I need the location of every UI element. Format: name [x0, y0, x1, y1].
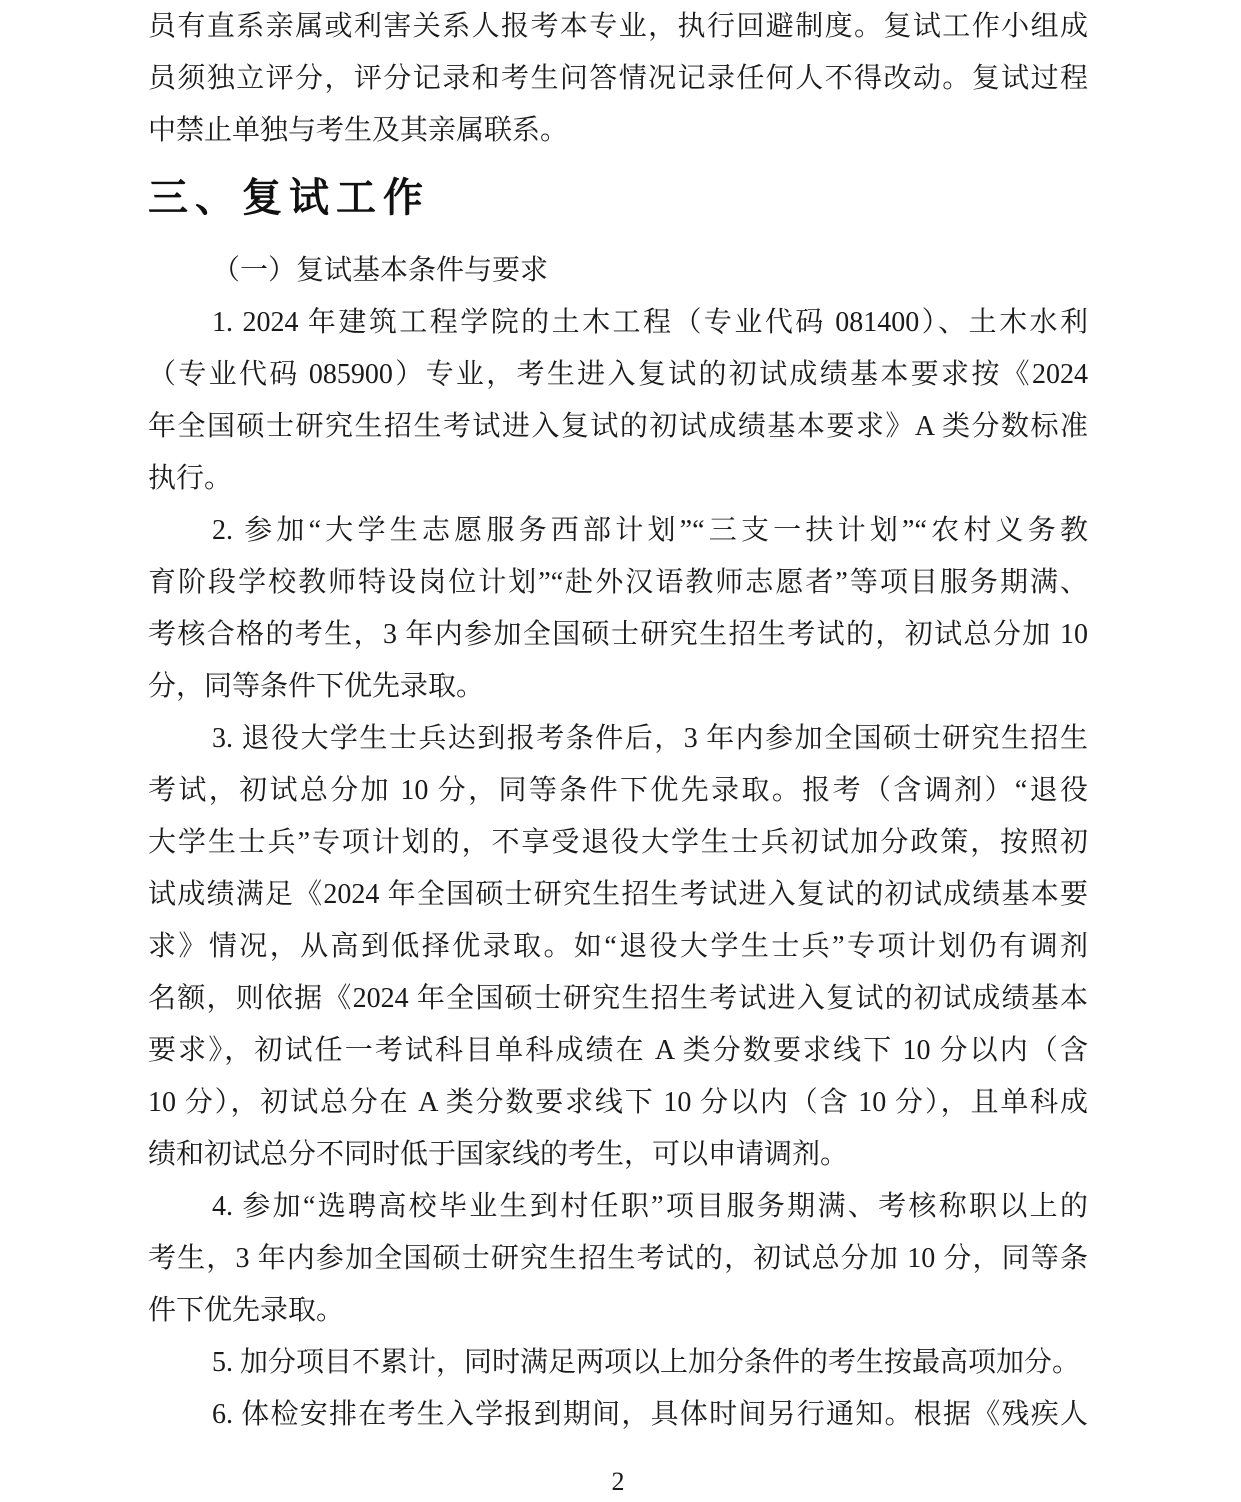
document-page: 员有直系亲属或利害关系人报考本专业，执行回避制度。复试工作小组成员须独立评分，评…: [0, 0, 1241, 1502]
text-line: （专业代码 085900）专业，考生进入复试的初试成绩基本要求按《2024: [148, 349, 1088, 401]
text-line: 名额，则依据《2024 年全国硕士研究生招生考试进入复试的初试成绩基本: [148, 973, 1088, 1025]
text-line: 件下优先录取。: [148, 1285, 1088, 1337]
page-number: 2: [148, 1470, 1088, 1494]
text-line: 员有直系亲属或利害关系人报考本专业，执行回避制度。复试工作小组成: [148, 1, 1088, 53]
text-line: 4. 参加“选聘高校毕业生到村任职”项目服务期满、考核称职以上的: [148, 1181, 1088, 1233]
text-line: 育阶段学校教师特设岗位计划”“赴外汉语教师志愿者”等项目服务期满、: [148, 557, 1088, 609]
document-body: 员有直系亲属或利害关系人报考本专业，执行回避制度。复试工作小组成员须独立评分，评…: [148, 1, 1088, 1441]
text-line: 5. 加分项目不累计，同时满足两项以上加分条件的考生按最高项加分。: [148, 1337, 1088, 1389]
text-line: 3. 退役大学生士兵达到报考条件后，3 年内参加全国硕士研究生招生: [148, 713, 1088, 765]
item-4: 4. 参加“选聘高校毕业生到村任职”项目服务期满、考核称职以上的考生，3 年内参…: [148, 1181, 1088, 1337]
subsection-title: （一）复试基本条件与要求: [148, 245, 1088, 297]
section-heading: 三、复试工作: [148, 171, 1088, 225]
text-line: 6. 体检安排在考生入学报到期间，具体时间另行通知。根据《残疾人: [148, 1389, 1088, 1441]
item-5: 5. 加分项目不累计，同时满足两项以上加分条件的考生按最高项加分。: [148, 1337, 1088, 1389]
item-1: 1. 2024 年建筑工程学院的土木工程（专业代码 081400）、土木水利（专…: [148, 297, 1088, 505]
text-line: 大学生士兵”专项计划的，不享受退役大学生士兵初试加分政策，按照初: [148, 817, 1088, 869]
text-line: 试成绩满足《2024 年全国硕士研究生招生考试进入复试的初试成绩基本要: [148, 869, 1088, 921]
text-line: 分，同等条件下优先录取。: [148, 661, 1088, 713]
text-line: 考生，3 年内参加全国硕士研究生招生考试的，初试总分加 10 分，同等条: [148, 1233, 1088, 1285]
item-6: 6. 体检安排在考生入学报到期间，具体时间另行通知。根据《残疾人: [148, 1389, 1088, 1441]
text-line: （一）复试基本条件与要求: [148, 245, 1088, 297]
text-line: 执行。: [148, 453, 1088, 505]
text-line: 员须独立评分，评分记录和考生问答情况记录任何人不得改动。复试过程: [148, 53, 1088, 105]
item-2: 2. 参加“大学生志愿服务西部计划”“三支一扶计划”“农村义务教育阶段学校教师特…: [148, 505, 1088, 713]
item-3: 3. 退役大学生士兵达到报考条件后，3 年内参加全国硕士研究生招生考试，初试总分…: [148, 713, 1088, 1181]
text-line: 年全国硕士研究生招生考试进入复试的初试成绩基本要求》A 类分数标准: [148, 401, 1088, 453]
text-line: 绩和初试总分不同时低于国家线的考生，可以申请调剂。: [148, 1129, 1088, 1181]
text-line: 求》情况，从高到低择优录取。如“退役大学生士兵”专项计划仍有调剂: [148, 921, 1088, 973]
text-line: 要求》，初试任一考试科目单科成绩在 A 类分数要求线下 10 分以内（含: [148, 1025, 1088, 1077]
text-line: 10 分），初试总分在 A 类分数要求线下 10 分以内（含 10 分），且单科…: [148, 1077, 1088, 1129]
text-line: 1. 2024 年建筑工程学院的土木工程（专业代码 081400）、土木水利: [148, 297, 1088, 349]
text-line: 考试，初试总分加 10 分，同等条件下优先录取。报考（含调剂）“退役: [148, 765, 1088, 817]
text-line: 2. 参加“大学生志愿服务西部计划”“三支一扶计划”“农村义务教: [148, 505, 1088, 557]
text-line: 中禁止单独与考生及其亲属联系。: [148, 105, 1088, 157]
text-line: 考核合格的考生，3 年内参加全国硕士研究生招生考试的，初试总分加 10: [148, 609, 1088, 661]
preceding-page-continuation: 员有直系亲属或利害关系人报考本专业，执行回避制度。复试工作小组成员须独立评分，评…: [148, 1, 1088, 157]
